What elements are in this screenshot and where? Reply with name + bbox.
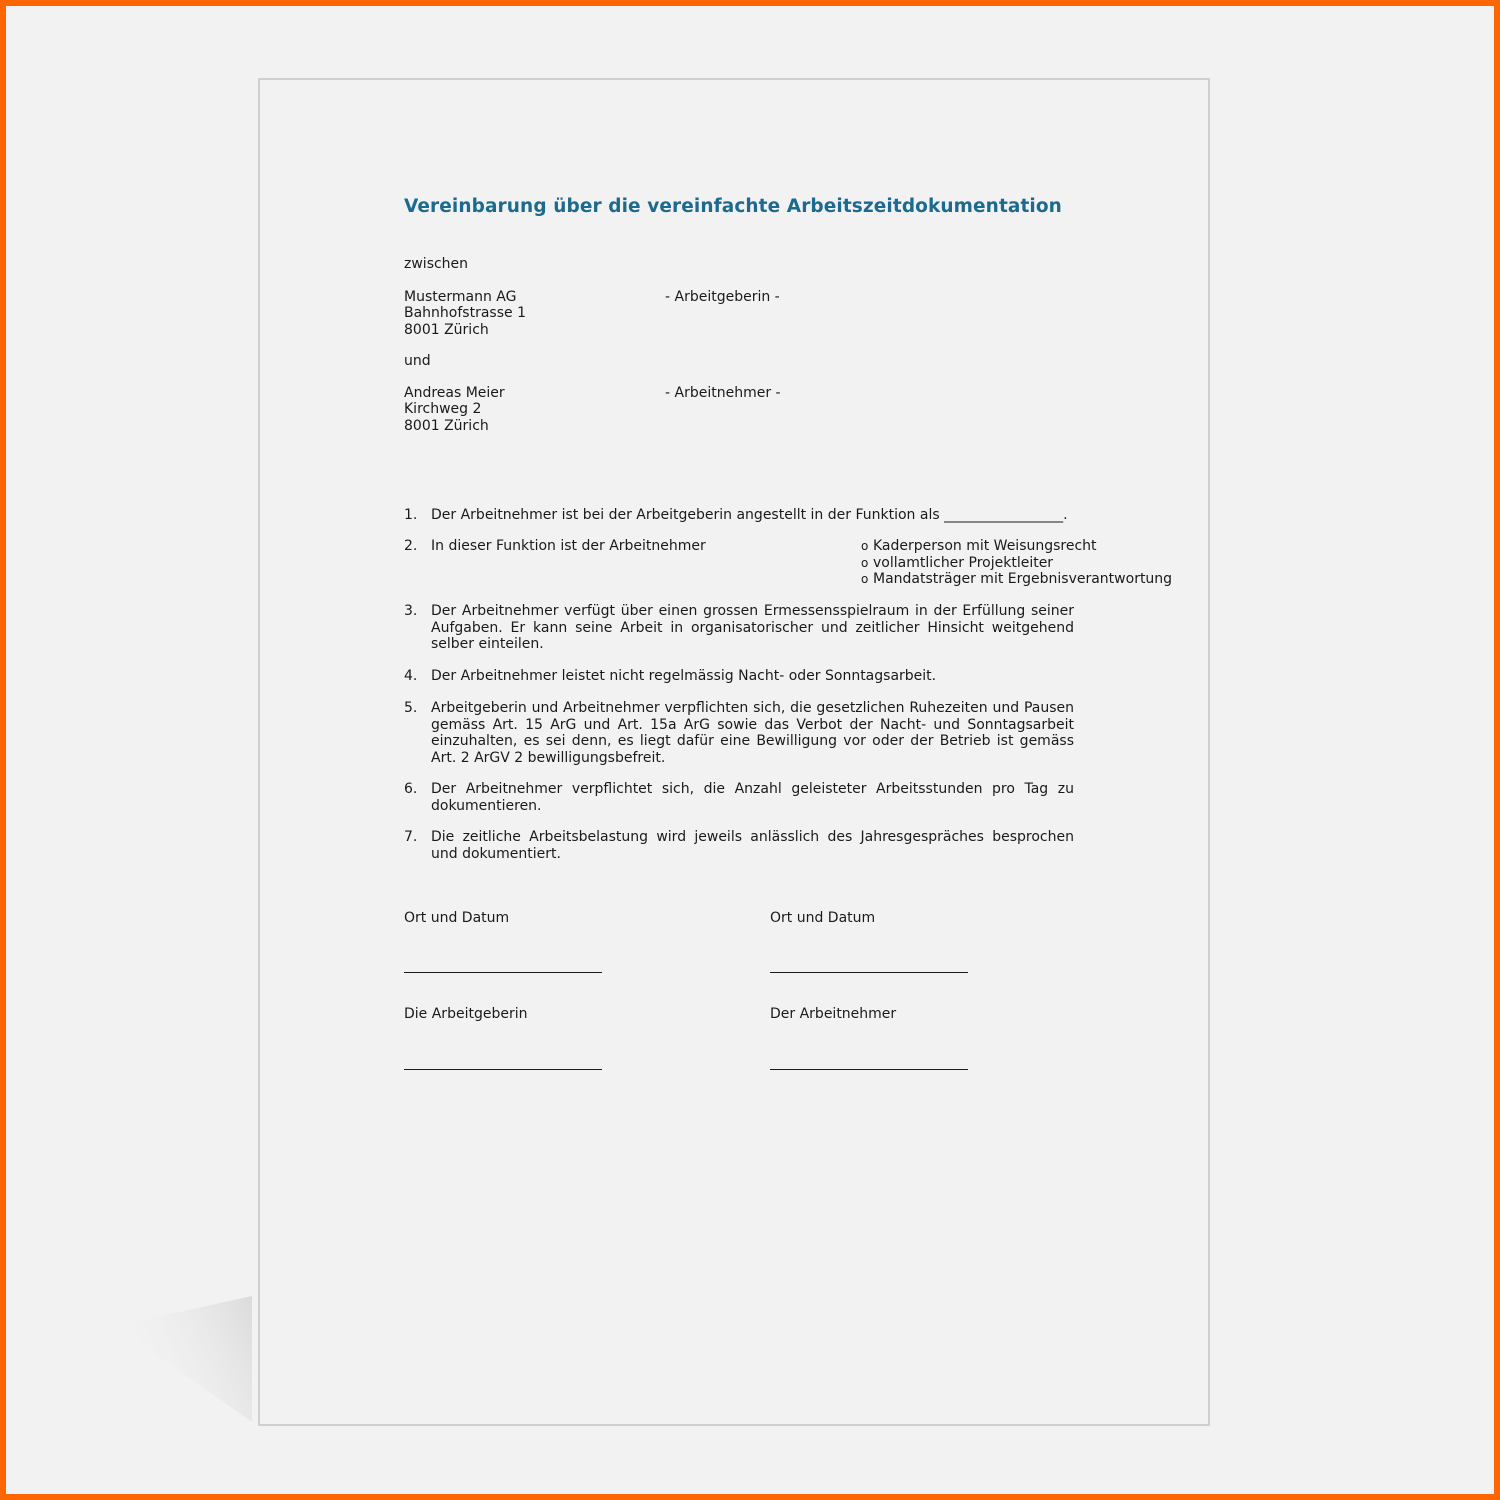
left-place-date-label: Ort und Datum (404, 910, 509, 926)
between-label: zwischen (404, 256, 468, 273)
employee-role: - Arbeitnehmer - (665, 385, 781, 401)
clause-number: 3. (404, 603, 430, 620)
option-kaderperson[interactable]: oKaderperson mit Weisungsrecht (861, 538, 1172, 555)
clause-1: 1. Der Arbeitnehmer ist bei der Arbeitge… (404, 507, 1074, 524)
clause-7: 7. Die zeitliche Arbeitsbelastung wird j… (404, 829, 1074, 862)
employee-name: Andreas Meier (404, 385, 505, 401)
clause-number: 2. (404, 538, 430, 555)
clause-text: Der Arbeitnehmer ist bei der Arbeitgeber… (431, 507, 1074, 524)
clause-3: 3. Der Arbeitnehmer verfügt über einen g… (404, 603, 1074, 653)
right-place-date-label: Ort und Datum (770, 910, 875, 926)
clause-number: 6. (404, 781, 430, 798)
circle-bullet-icon: o (861, 555, 873, 572)
clause-5: 5. Arbeitgeberin und Arbeitnehmer verpfl… (404, 700, 1074, 766)
clause-number: 1. (404, 507, 430, 524)
clause-text: Der Arbeitnehmer verpflichtet sich, die … (431, 781, 1074, 814)
clause-number: 7. (404, 829, 430, 846)
circle-bullet-icon: o (861, 571, 873, 588)
employer-signature-line[interactable] (404, 1069, 602, 1070)
clause-4: 4. Der Arbeitnehmer leistet nicht regelm… (404, 668, 1074, 685)
employee-signature-line[interactable] (770, 1069, 968, 1070)
clause-6: 6. Der Arbeitnehmer verpflichtet sich, d… (404, 781, 1074, 814)
employee-address: Andreas Meier Kirchweg 2 8001 Zürich (404, 385, 505, 434)
and-label: und (404, 353, 431, 370)
employer-street: Bahnhofstrasse 1 (404, 305, 526, 321)
function-options: oKaderperson mit Weisungsrecht ovollamtl… (861, 538, 1172, 588)
clause-number: 4. (404, 668, 430, 685)
employer-address: Mustermann AG Bahnhofstrasse 1 8001 Züri… (404, 289, 526, 338)
right-place-date-line[interactable] (770, 972, 968, 973)
document-page: Vereinbarung über die vereinfachte Arbei… (258, 78, 1210, 1426)
document-title: Vereinbarung über die vereinfachte Arbei… (404, 196, 1062, 217)
circle-bullet-icon: o (861, 538, 873, 555)
left-place-date-line[interactable] (404, 972, 602, 973)
option-projektleiter[interactable]: ovollamtlicher Projektleiter (861, 555, 1172, 572)
clause-text: Der Arbeitnehmer verfügt über einen gros… (431, 603, 1074, 653)
employer-name: Mustermann AG (404, 289, 526, 305)
option-mandatstraeger[interactable]: oMandatsträger mit Ergebnisverantwortung (861, 571, 1172, 588)
clause-2: 2. In dieser Funktion ist der Arbeitnehm… (404, 538, 1074, 555)
clause-number: 5. (404, 700, 430, 717)
employer-city: 8001 Zürich (404, 322, 526, 338)
employee-signer-label: Der Arbeitnehmer (770, 1006, 896, 1022)
clause-text: Arbeitgeberin und Arbeitnehmer verpflich… (431, 700, 1074, 766)
clause-text: Der Arbeitnehmer leistet nicht regelmäss… (431, 668, 1074, 685)
clause-text: Die zeitliche Arbeitsbelastung wird jewe… (431, 829, 1074, 862)
employer-signer-label: Die Arbeitgeberin (404, 1006, 527, 1022)
orange-frame: Vereinbarung über die vereinfachte Arbei… (6, 6, 1494, 1494)
employee-street: Kirchweg 2 (404, 401, 505, 417)
employer-role: - Arbeitgeberin - (665, 289, 780, 305)
employee-city: 8001 Zürich (404, 418, 505, 434)
